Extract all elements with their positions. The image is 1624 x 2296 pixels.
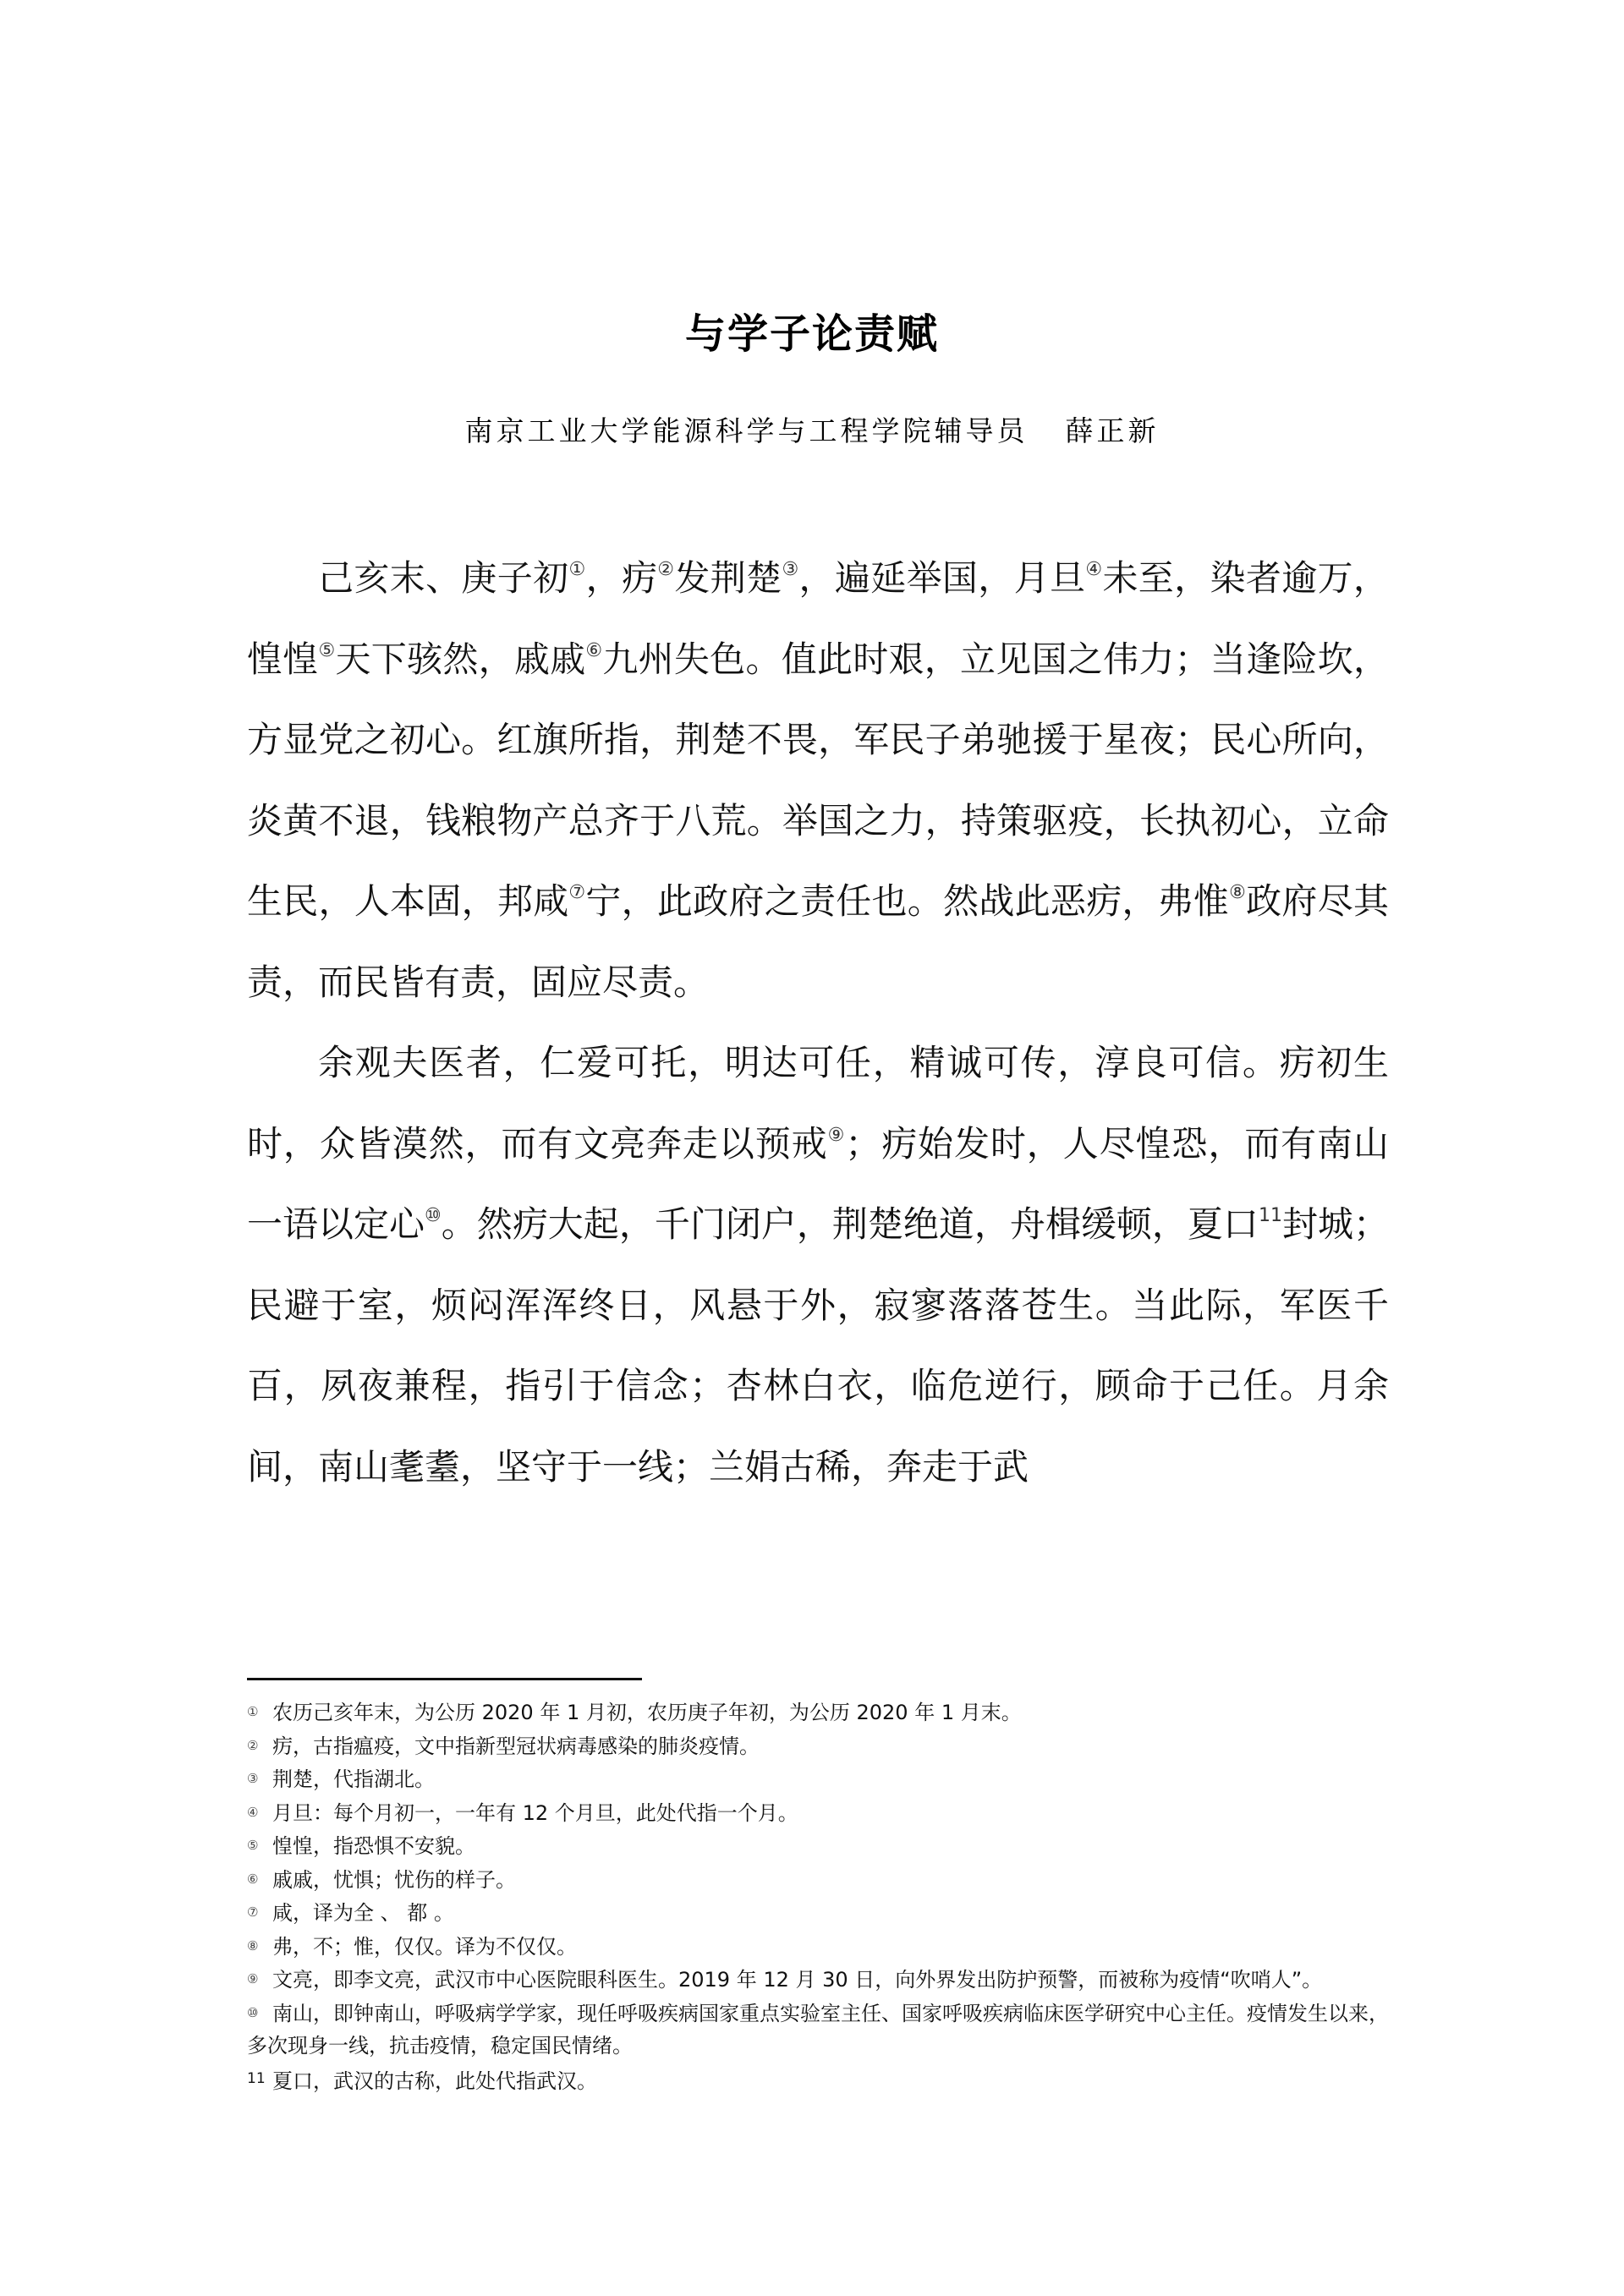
footnote-mark: ③: [247, 1762, 272, 1795]
author-name: 薛正新: [1066, 414, 1160, 447]
footnote-reference[interactable]: ④: [1085, 559, 1102, 580]
footnote-text: 夏口，武汉的古称，此处代指武汉。: [272, 2069, 597, 2093]
footnotes: ①农历己亥年末，为公历 2020 年 1 月初，农历庚子年初，为公历 2020 …: [247, 1696, 1389, 2097]
footnote-item: ⑤惶惶，指恐惧不安貌。: [247, 1829, 1389, 1863]
footnote-mark: 11: [247, 2063, 272, 2096]
footnote-text: 文亮，即李文亮，武汉市中心医院眼科医生。2019 年 12 月 30 日，向外界…: [272, 1968, 1322, 1992]
footnote-reference[interactable]: ⑥: [585, 640, 602, 661]
footnote-item: 11夏口，武汉的古称，此处代指武汉。: [247, 2063, 1389, 2098]
footnote-mark: ⑧: [247, 1930, 272, 1963]
document-title: 与学子论责赋: [0, 309, 1624, 359]
footnote-item: ①农历己亥年末，为公历 2020 年 1 月初，农历庚子年初，为公历 2020 …: [247, 1696, 1389, 1729]
author-line: 南京工业大学能源科学与工程学院辅导员薛正新: [0, 413, 1624, 450]
footnote-mark: ⑩: [247, 1997, 272, 2030]
footnote-item: ②疠，古指瘟疫，文中指新型冠状病毒感染的肺炎疫情。: [247, 1729, 1389, 1763]
footnote-reference[interactable]: 11: [1259, 1205, 1282, 1226]
footnote-item: ③荆楚，代指湖北。: [247, 1762, 1389, 1796]
footnote-text: 荆楚，代指湖北。: [272, 1767, 435, 1791]
footnote-item: ⑥戚戚，忧惧；忧伤的样子。: [247, 1863, 1389, 1897]
footnote-mark: ⑥: [247, 1863, 272, 1896]
footnote-reference[interactable]: ③: [782, 559, 798, 580]
footnote-reference[interactable]: ⑨: [828, 1125, 846, 1146]
footnote-reference[interactable]: ②: [657, 559, 674, 580]
footnote-reference[interactable]: ⑩: [425, 1205, 442, 1226]
footnote-item: ⑩南山，即钟南山，呼吸病学学家，现任呼吸疾病国家重点实验室主任、国家呼吸疾病临床…: [247, 1997, 1389, 2063]
footnote-mark: ①: [247, 1696, 272, 1729]
footnote-item: ④月旦：每个月初一，一年有 12 个月旦，此处代指一个月。: [247, 1796, 1389, 1830]
footnote-mark: ⑨: [247, 1963, 272, 1996]
footnote-text: 惶惶，指恐惧不安貌。: [272, 1834, 475, 1858]
footnote-text: 戚戚，忧惧；忧伤的样子。: [272, 1868, 516, 1892]
author-affiliation: 南京工业大学能源科学与工程学院辅导员: [465, 414, 1029, 447]
document-page: 与学子论责赋 南京工业大学能源科学与工程学院辅导员薛正新 己亥末、庚子初①，疠②…: [0, 0, 1624, 2296]
footnote-mark: ②: [247, 1729, 272, 1762]
footnote-reference[interactable]: ⑦: [568, 882, 585, 903]
footnote-item: ⑨文亮，即李文亮，武汉市中心医院眼科医生。2019 年 12 月 30 日，向外…: [247, 1963, 1389, 1997]
footnote-item: ⑧弗，不；惟，仅仅。译为不仅仅。: [247, 1930, 1389, 1964]
footnote-text: 月旦：每个月初一，一年有 12 个月旦，此处代指一个月。: [272, 1801, 798, 1825]
paragraph-2: 余观夫医者，仁爱可托，明达可任，精诚可传，淳良可信。疠初生时，众皆漠然，而有文亮…: [247, 1022, 1389, 1507]
footnote-mark: ④: [247, 1796, 272, 1829]
paragraph-1: 己亥末、庚子初①，疠②发荆楚③，遍延举国，月旦④未至，染者逾万，惶惶⑤天下骇然，…: [247, 538, 1389, 1022]
body-text: 己亥末、庚子初①，疠②发荆楚③，遍延举国，月旦④未至，染者逾万，惶惶⑤天下骇然，…: [247, 538, 1389, 1507]
footnote-item: ⑦咸，译为全 、 都 。: [247, 1896, 1389, 1930]
footnote-mark: ⑦: [247, 1896, 272, 1929]
footnote-reference[interactable]: ⑤: [319, 640, 336, 661]
footnote-text: 农历己亥年末，为公历 2020 年 1 月初，农历庚子年初，为公历 2020 年…: [272, 1701, 1022, 1724]
footnote-text: 弗，不；惟，仅仅。译为不仅仅。: [272, 1935, 577, 1959]
footnote-reference[interactable]: ①: [568, 559, 585, 580]
footnote-mark: ⑤: [247, 1829, 272, 1862]
footnote-text: 咸，译为全 、 都 。: [272, 1901, 454, 1925]
footnote-text: 南山，即钟南山，呼吸病学学家，现任呼吸疾病国家重点实验室主任、国家呼吸疾病临床医…: [247, 2002, 1389, 2058]
footnote-reference[interactable]: ⑧: [1229, 882, 1246, 903]
footnote-separator: [247, 1678, 642, 1680]
footnote-text: 疠，古指瘟疫，文中指新型冠状病毒感染的肺炎疫情。: [272, 1734, 760, 1758]
